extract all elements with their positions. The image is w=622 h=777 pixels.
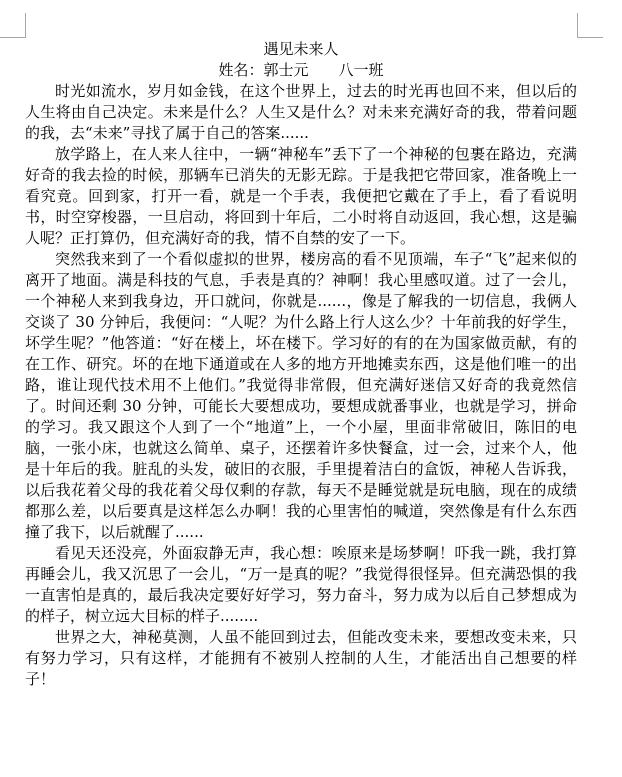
essay-title: 遇见未来人 xyxy=(25,39,577,60)
document-content: 遇见未来人 姓名：郭士元 八一班 时光如流水，岁月如金钱，在这个世界上，过去的时… xyxy=(25,39,577,690)
margin-crop-mark-top-right-icon xyxy=(577,13,603,38)
essay-paragraph-1: 时光如流水，岁月如金钱，在这个世界上，过去的时光再也回不来，但以后的人生将由自己… xyxy=(25,81,577,144)
essay-paragraph-2: 放学路上，在人来人往中，一辆“神秘车”丢下了一个神秘的包裹在路边，充满好奇的我去… xyxy=(25,144,577,249)
document-page: 遇见未来人 姓名：郭士元 八一班 时光如流水，岁月如金钱，在这个世界上，过去的时… xyxy=(0,0,622,777)
essay-paragraph-4: 看见天还没亮，外面寂静无声，我心想：唉原来是场梦啊！吓我一跳，我打算再睡会儿，我… xyxy=(25,543,577,627)
margin-crop-mark-top-left-icon xyxy=(0,13,26,38)
essay-byline: 姓名：郭士元 八一班 xyxy=(25,60,577,81)
essay-paragraph-3: 突然我来到了一个看似虚拟的世界，楼房高的看不见顶端，车子“飞”起来似的离开了地面… xyxy=(25,249,577,543)
essay-paragraph-5: 世界之大，神秘莫测，人虽不能回到过去，但能改变未来，要想改变未来，只有努力学习，… xyxy=(25,627,577,690)
